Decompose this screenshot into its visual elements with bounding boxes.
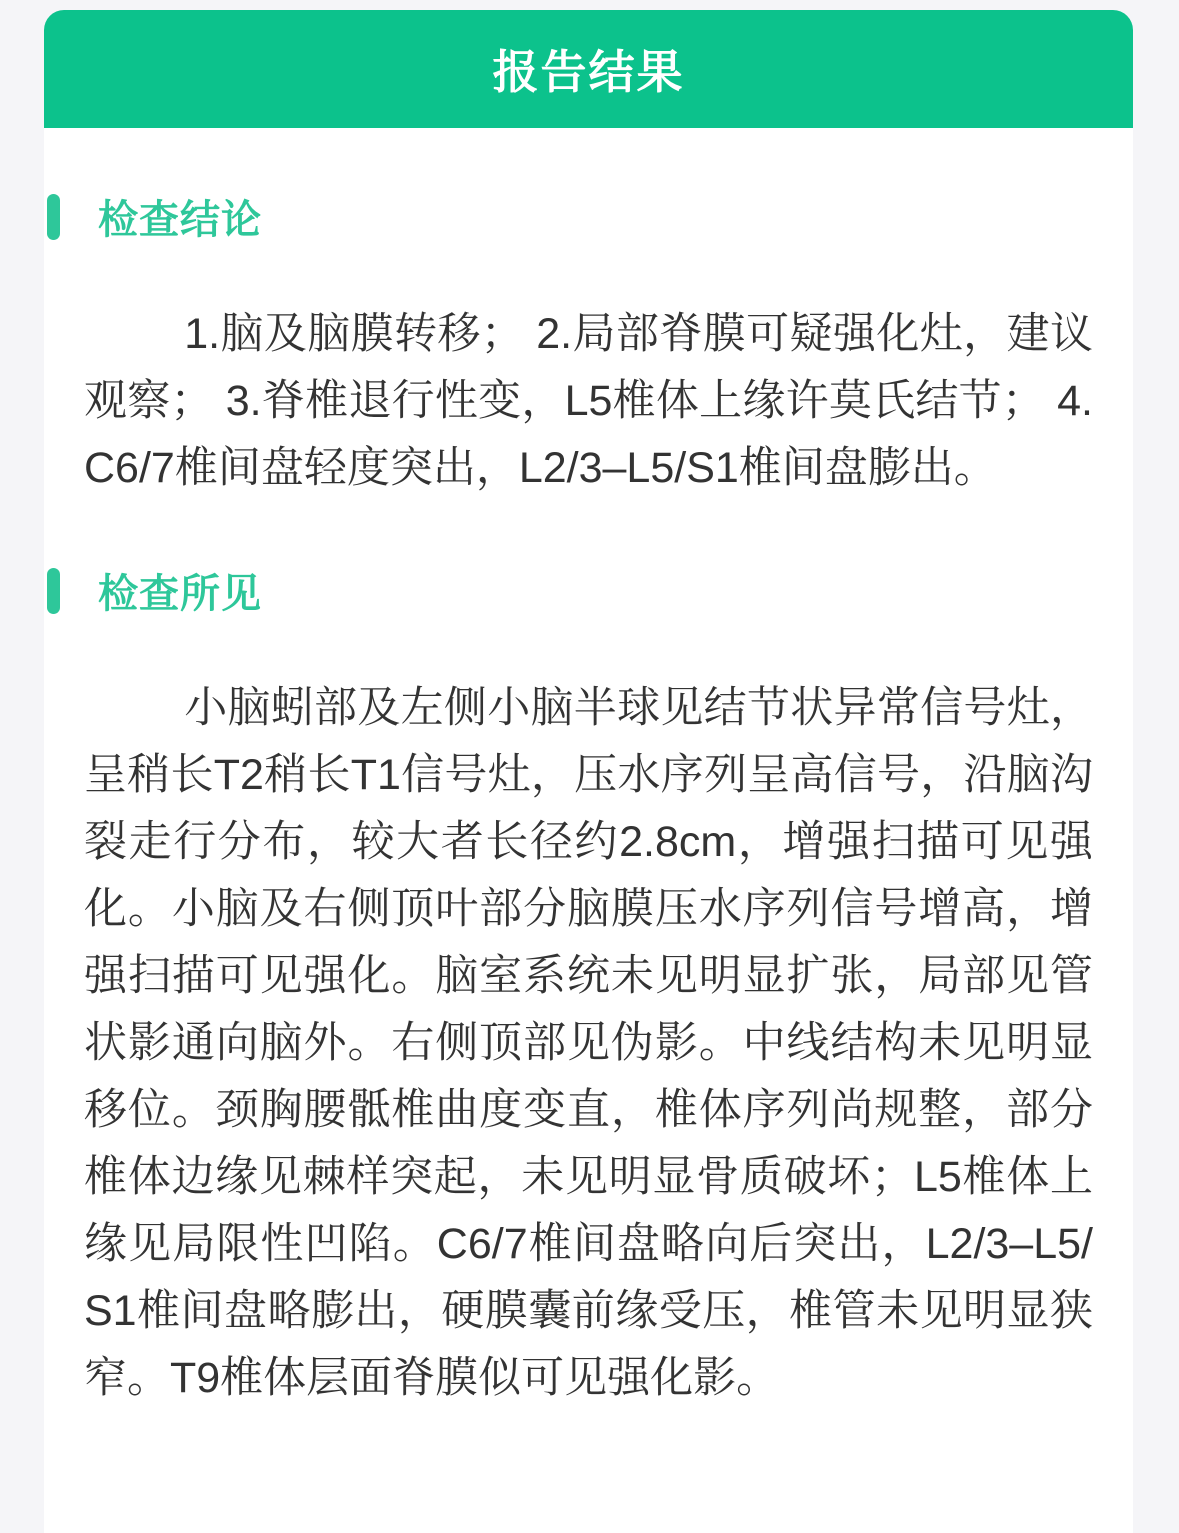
findings-text: 小脑蚓部及左侧小脑半球见结节状异常信号灶，呈稍长T2稍长T1信号灶，压水序列呈高… (84, 675, 1093, 1412)
report-content: 检查结论 1.脑及脑膜转移； 2.局部脊膜可疑强化灶，建议观察； 3.脊椎退行性… (44, 188, 1133, 1472)
section-marker-icon (47, 194, 60, 240)
report-card: 报告结果 检查结论 1.脑及脑膜转移； 2.局部脊膜可疑强化灶，建议观察； 3.… (44, 10, 1133, 1533)
section-marker-icon (47, 568, 60, 614)
section-header-findings: 检查所见 (44, 562, 1133, 619)
section-header-conclusion: 检查结论 (44, 188, 1133, 245)
conclusion-text: 1.脑及脑膜转移； 2.局部脊膜可疑强化灶，建议观察； 3.脊椎退行性变，L5椎… (84, 301, 1093, 502)
report-header-bar: 报告结果 (44, 10, 1133, 128)
section-title-findings: 检查所见 (98, 562, 262, 619)
page-title: 报告结果 (493, 36, 685, 102)
section-title-conclusion: 检查结论 (98, 188, 262, 245)
